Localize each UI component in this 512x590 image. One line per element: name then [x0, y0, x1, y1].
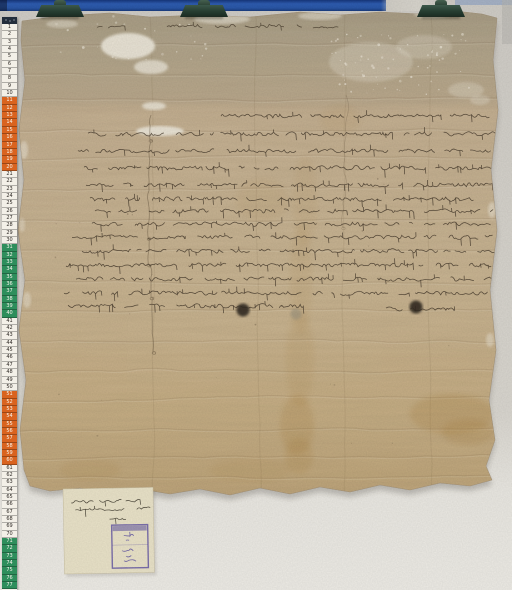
ruler-cell: 26 — [2, 208, 17, 215]
ruler-cell: 50 — [2, 384, 17, 391]
ruler-cell: 58 — [2, 443, 17, 450]
ruler-cell: 39 — [2, 303, 17, 310]
ruler-cell: 10 — [2, 90, 17, 97]
ruler-cell: 15 — [2, 127, 17, 134]
ruler-cell: 34 — [2, 266, 17, 273]
ruler-cell: 32 — [2, 252, 17, 259]
ruler-cell: 9 — [2, 83, 17, 90]
ruler-cell: 30 — [2, 237, 17, 244]
ruler-cell: 23 — [2, 186, 17, 193]
ruler-cell: 25 — [2, 200, 17, 207]
ruler-cell: 12 — [2, 105, 17, 112]
ruler-cell: 24 — [2, 193, 17, 200]
ruler-cell: 55 — [2, 421, 17, 428]
ruler-cell: 71 — [2, 538, 17, 545]
ruler-cell: 11 — [2, 97, 17, 104]
ruler-cell: 72 — [2, 545, 17, 552]
ruler-cell: 20 — [2, 164, 17, 171]
ruler-cell: 57 — [2, 435, 17, 442]
ruler-cell: 65 — [2, 494, 17, 501]
binder-clip — [36, 0, 84, 18]
clip-body — [36, 5, 84, 17]
ruler-cell: 35 — [2, 274, 17, 281]
ruler-cell: 42 — [2, 325, 17, 332]
ruler-cell: 13 — [2, 112, 17, 119]
ruler-cell: 19 — [2, 156, 17, 163]
ruler-cell: 75 — [2, 567, 17, 574]
document-scene — [0, 0, 512, 590]
binder-clip — [180, 0, 228, 18]
ruler-cell: 14 — [2, 119, 17, 126]
ruler-cell: 59 — [2, 450, 17, 457]
ruler-cell: 51 — [2, 391, 17, 398]
ruler-cell: 76 — [2, 575, 17, 582]
ruler-cell: 16 — [2, 134, 17, 141]
clip-body — [180, 5, 228, 17]
ruler-cell: 53 — [2, 406, 17, 413]
ruler-cell: 44 — [2, 340, 17, 347]
ruler-cell: 3 — [2, 39, 17, 46]
ruler-cell: 6 — [2, 61, 17, 68]
ruler-cell: 28 — [2, 222, 17, 229]
ruler-cell: 4 — [2, 46, 17, 53]
measuring-tape: 1234567891011121314151617181920212223242… — [2, 17, 17, 590]
ruler-cell: 36 — [2, 281, 17, 288]
ruler-cell: 5 — [2, 53, 17, 60]
ruler-cell: 70 — [2, 531, 17, 538]
ruler-cell: 62 — [2, 472, 17, 479]
ruler-cell: 45 — [2, 347, 17, 354]
ruler-cell: 41 — [2, 318, 17, 325]
ruler-cell: 8 — [2, 75, 17, 82]
ruler-cell: 18 — [2, 149, 17, 156]
ruler-cell: 37 — [2, 288, 17, 295]
ruler-cell: 27 — [2, 215, 17, 222]
ruler-cell: 40 — [2, 310, 17, 317]
ruler-cell: 74 — [2, 560, 17, 567]
photo-grain — [0, 0, 512, 590]
ruler-cell: 17 — [2, 142, 17, 149]
ruler-cell: 22 — [2, 178, 17, 185]
ruler-header-cell — [2, 17, 17, 24]
ruler-cell: 69 — [2, 523, 17, 530]
ruler-cell: 73 — [2, 553, 17, 560]
ruler-cell: 29 — [2, 230, 17, 237]
ruler-cell: 48 — [2, 369, 17, 376]
ruler-cell: 31 — [2, 244, 17, 251]
binder-clip — [417, 0, 465, 18]
ruler-cell: 61 — [2, 465, 17, 472]
ruler-cell: 43 — [2, 332, 17, 339]
ruler-cell: 54 — [2, 413, 17, 420]
ruler-cell: 64 — [2, 487, 17, 494]
clip-body — [417, 5, 465, 17]
ruler-cell: 68 — [2, 516, 17, 523]
ruler-cell: 60 — [2, 457, 17, 464]
ruler-cell: 33 — [2, 259, 17, 266]
ruler-cell: 46 — [2, 354, 17, 361]
ruler-cell: 67 — [2, 509, 17, 516]
ruler-cell: 1 — [2, 24, 17, 31]
ruler-cell: 52 — [2, 399, 17, 406]
manuscript-photo: 1234567891011121314151617181920212223242… — [0, 0, 512, 590]
ruler-cell: 56 — [2, 428, 17, 435]
ruler-cell: 66 — [2, 501, 17, 508]
ruler-cell: 21 — [2, 171, 17, 178]
ruler-cell: 47 — [2, 362, 17, 369]
ruler-cell: 38 — [2, 296, 17, 303]
ruler-cell: 2 — [2, 31, 17, 38]
ruler-cell: 49 — [2, 377, 17, 384]
ruler-cell: 7 — [2, 68, 17, 75]
ruler-cell: 63 — [2, 479, 17, 486]
ruler-cell: 77 — [2, 582, 17, 589]
